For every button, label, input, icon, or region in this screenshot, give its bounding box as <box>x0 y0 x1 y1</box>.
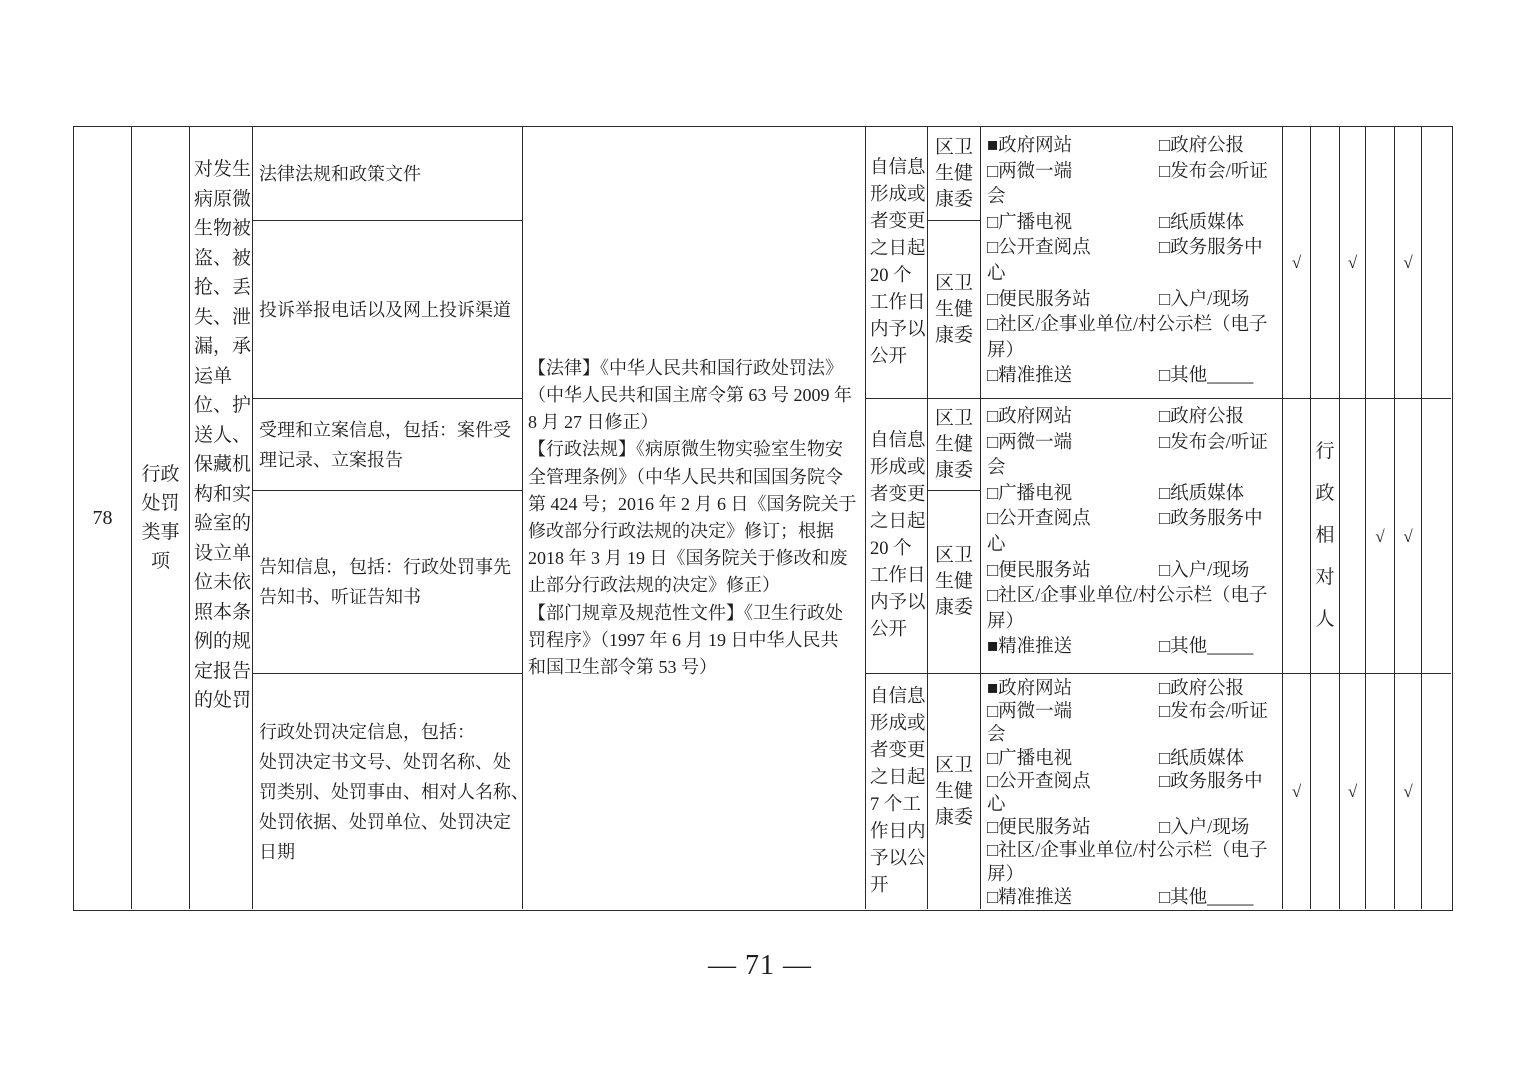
channel-line: □社区/企事业单位/村公示栏（电子 <box>981 838 1282 861</box>
channel-line: 会 <box>981 722 1282 745</box>
info-item-laws-cell: 法律法规和政策文件 <box>253 127 523 221</box>
channels-cell-1: ■政府网站□政府公报□两微一端□发布会/听证会□广播电视□纸质媒体□公开查阅点□… <box>981 127 1283 399</box>
mark-cell: √ <box>1283 674 1311 909</box>
matter-description-cell: 对发生 病原微 生物被 盗、被 抢、丢 失、泄 漏，承 运单 位、护 送人、 保… <box>190 127 253 909</box>
channel-line: 会 <box>981 455 1282 481</box>
channel-option: □政务服务中 <box>1159 506 1263 533</box>
channel-option: □政府网站 <box>987 404 1072 431</box>
channel-line: 会 <box>981 184 1282 210</box>
mark-cell <box>1283 399 1311 674</box>
info-item-complaint-cell: 投诉举报电话以及网上投诉渠道 <box>253 221 523 399</box>
agency-cell-1: 区卫 生健 康委 <box>928 127 981 221</box>
mark-cell <box>1366 127 1395 399</box>
channel-option: □广播电视 <box>987 210 1072 237</box>
agency-cell-5: 区卫 生健 康委 <box>928 674 981 909</box>
channel-line: 屏） <box>981 338 1282 364</box>
channel-line: □社区/企事业单位/村公示栏（电子 <box>981 312 1282 338</box>
channel-option: □两微一端 <box>987 430 1072 457</box>
channel-option: ■精准推送 <box>987 634 1072 661</box>
channel-option: 屏） <box>987 609 1024 636</box>
channel-line: 屏） <box>981 609 1282 635</box>
time-limit-cell-1: 自信息 形成或 者变更 之日起 20 个 工作日 内予以 公开 <box>866 127 928 399</box>
mark-cell: √ <box>1366 399 1395 674</box>
channel-option: 屏） <box>987 338 1024 365</box>
disclosure-catalog-table: 78 行政 处罚 类事 项 对发生 病原微 生物被 盗、被 抢、丢 失、泄 漏，… <box>73 126 1453 911</box>
category-cell: 行政 处罚 类事 项 <box>132 127 190 909</box>
agency-cell-2: 区卫 生健 康委 <box>928 221 981 399</box>
channel-option: □广播电视 <box>987 481 1072 508</box>
agency-cell-3: 区卫 生健 康委 <box>928 399 981 491</box>
channel-option: □纸质媒体 <box>1159 210 1244 237</box>
info-item-acceptance-cell: 受理和立案信息，包括：案件受 理记录、立案报告 <box>253 399 523 491</box>
channel-option: □入户/现场 <box>1159 287 1249 314</box>
channel-option: 会 <box>987 455 1006 482</box>
channel-option: □便民服务站 <box>987 287 1091 314</box>
mark-cell <box>1366 674 1395 909</box>
channel-line: □便民服务站□入户/现场 <box>981 287 1282 313</box>
info-item-notification-cell: 告知信息，包括：行政处罚事先 告知书、听证告知书 <box>253 491 523 674</box>
channels-cell-3: ■政府网站□政府公报□两微一端□发布会/听证会□广播电视□纸质媒体□公开查阅点□… <box>981 674 1283 909</box>
channel-line: □精准推送□其他_____ <box>981 885 1282 908</box>
channel-line: ■精准推送□其他_____ <box>981 634 1282 660</box>
channel-line: □两微一端□发布会/听证 <box>981 159 1282 185</box>
channel-line: □广播电视□纸质媒体 <box>981 481 1282 507</box>
channel-line: □便民服务站□入户/现场 <box>981 815 1282 838</box>
mark-cell <box>1311 674 1340 909</box>
mark-cell <box>1422 399 1451 674</box>
channel-line: 屏） <box>981 862 1282 885</box>
channel-option: □两微一端 <box>987 159 1072 186</box>
channel-line: □公开查阅点□政务服务中 <box>981 506 1282 532</box>
recipient-label: 行政相对人 <box>1311 399 1340 674</box>
channel-line: □便民服务站□入户/现场 <box>981 558 1282 584</box>
mark-cell: √ <box>1395 127 1422 399</box>
channel-option: □社区/企事业单位/村公示栏（电子 <box>987 312 1267 339</box>
channel-line: □公开查阅点□政务服务中 <box>981 235 1282 261</box>
mark-cell: √ <box>1340 127 1366 399</box>
page-number: — 71 — <box>0 950 1520 982</box>
channel-line: □政府网站□政府公报 <box>981 404 1282 430</box>
channel-option: □发布会/听证 <box>1159 159 1268 186</box>
channel-line: □精准推送□其他_____ <box>981 363 1282 389</box>
document-page: 78 行政 处罚 类事 项 对发生 病原微 生物被 盗、被 抢、丢 失、泄 漏，… <box>0 0 1520 1074</box>
legal-basis-cell: 【法律】《中华人民共和国行政处罚法》 （中华人民共和国主席令第 63 号 200… <box>523 127 866 909</box>
time-limit-cell-3: 自信息 形成或 者变更 之日起 7 个工 作日内 予以公 开 <box>866 674 928 909</box>
channel-option: □纸质媒体 <box>1159 481 1244 508</box>
channel-option: 心 <box>987 261 1006 288</box>
channel-line: 心 <box>981 261 1282 287</box>
mark-cell: √ <box>1395 674 1422 909</box>
channel-line: □广播电视□纸质媒体 <box>981 746 1282 769</box>
channel-option: ■政府网站 <box>987 133 1072 160</box>
channel-option: □其他_____ <box>1159 634 1253 661</box>
channels-cell-2: □政府网站□政府公报□两微一端□发布会/听证会□广播电视□纸质媒体□公开查阅点□… <box>981 399 1283 674</box>
mark-cell <box>1422 127 1451 399</box>
channel-option: □其他_____ <box>1159 885 1253 909</box>
channel-line: □公开查阅点□政务服务中 <box>981 769 1282 792</box>
info-item-decision-cell: 行政处罚决定信息，包括： 处罚决定书文号、处罚名称、处 罚类别、处罚事由、相对人… <box>253 674 523 909</box>
channel-line: □两微一端□发布会/听证 <box>981 430 1282 456</box>
channel-option: □精准推送 <box>987 363 1072 390</box>
channel-line: □社区/企事业单位/村公示栏（电子 <box>981 583 1282 609</box>
channel-option: □便民服务站 <box>987 558 1091 585</box>
row-number-cell: 78 <box>74 127 132 909</box>
channel-option: □其他_____ <box>1159 363 1253 390</box>
mark-cell: √ <box>1283 127 1311 399</box>
time-limit-cell-2: 自信息 形成或 者变更 之日起 20 个 工作日 内予以 公开 <box>866 399 928 674</box>
mark-cell <box>1311 127 1340 399</box>
channel-option: □发布会/听证 <box>1159 430 1268 457</box>
channel-line: 心 <box>981 532 1282 558</box>
channel-line: 心 <box>981 792 1282 815</box>
channel-option: □公开查阅点 <box>987 506 1091 533</box>
channel-line: ■政府网站□政府公报 <box>981 676 1282 699</box>
channel-option: 会 <box>987 184 1006 211</box>
channel-option: □精准推送 <box>987 885 1072 909</box>
mark-cell <box>1340 399 1366 674</box>
mark-cell: √ <box>1395 399 1422 674</box>
mark-cell <box>1422 674 1451 909</box>
channel-option: □政府公报 <box>1159 133 1244 160</box>
agency-cell-4: 区卫 生健 康委 <box>928 491 981 674</box>
channel-option: □社区/企事业单位/村公示栏（电子 <box>987 583 1267 610</box>
mark-cell: √ <box>1340 674 1366 909</box>
channel-line: □广播电视□纸质媒体 <box>981 210 1282 236</box>
channel-option: □政府公报 <box>1159 404 1244 431</box>
channel-line: ■政府网站□政府公报 <box>981 133 1282 159</box>
channel-option: □政务服务中 <box>1159 235 1263 262</box>
channel-option: 心 <box>987 532 1006 559</box>
channel-option: □公开查阅点 <box>987 235 1091 262</box>
channel-line: □两微一端□发布会/听证 <box>981 699 1282 722</box>
channel-option: □入户/现场 <box>1159 558 1249 585</box>
